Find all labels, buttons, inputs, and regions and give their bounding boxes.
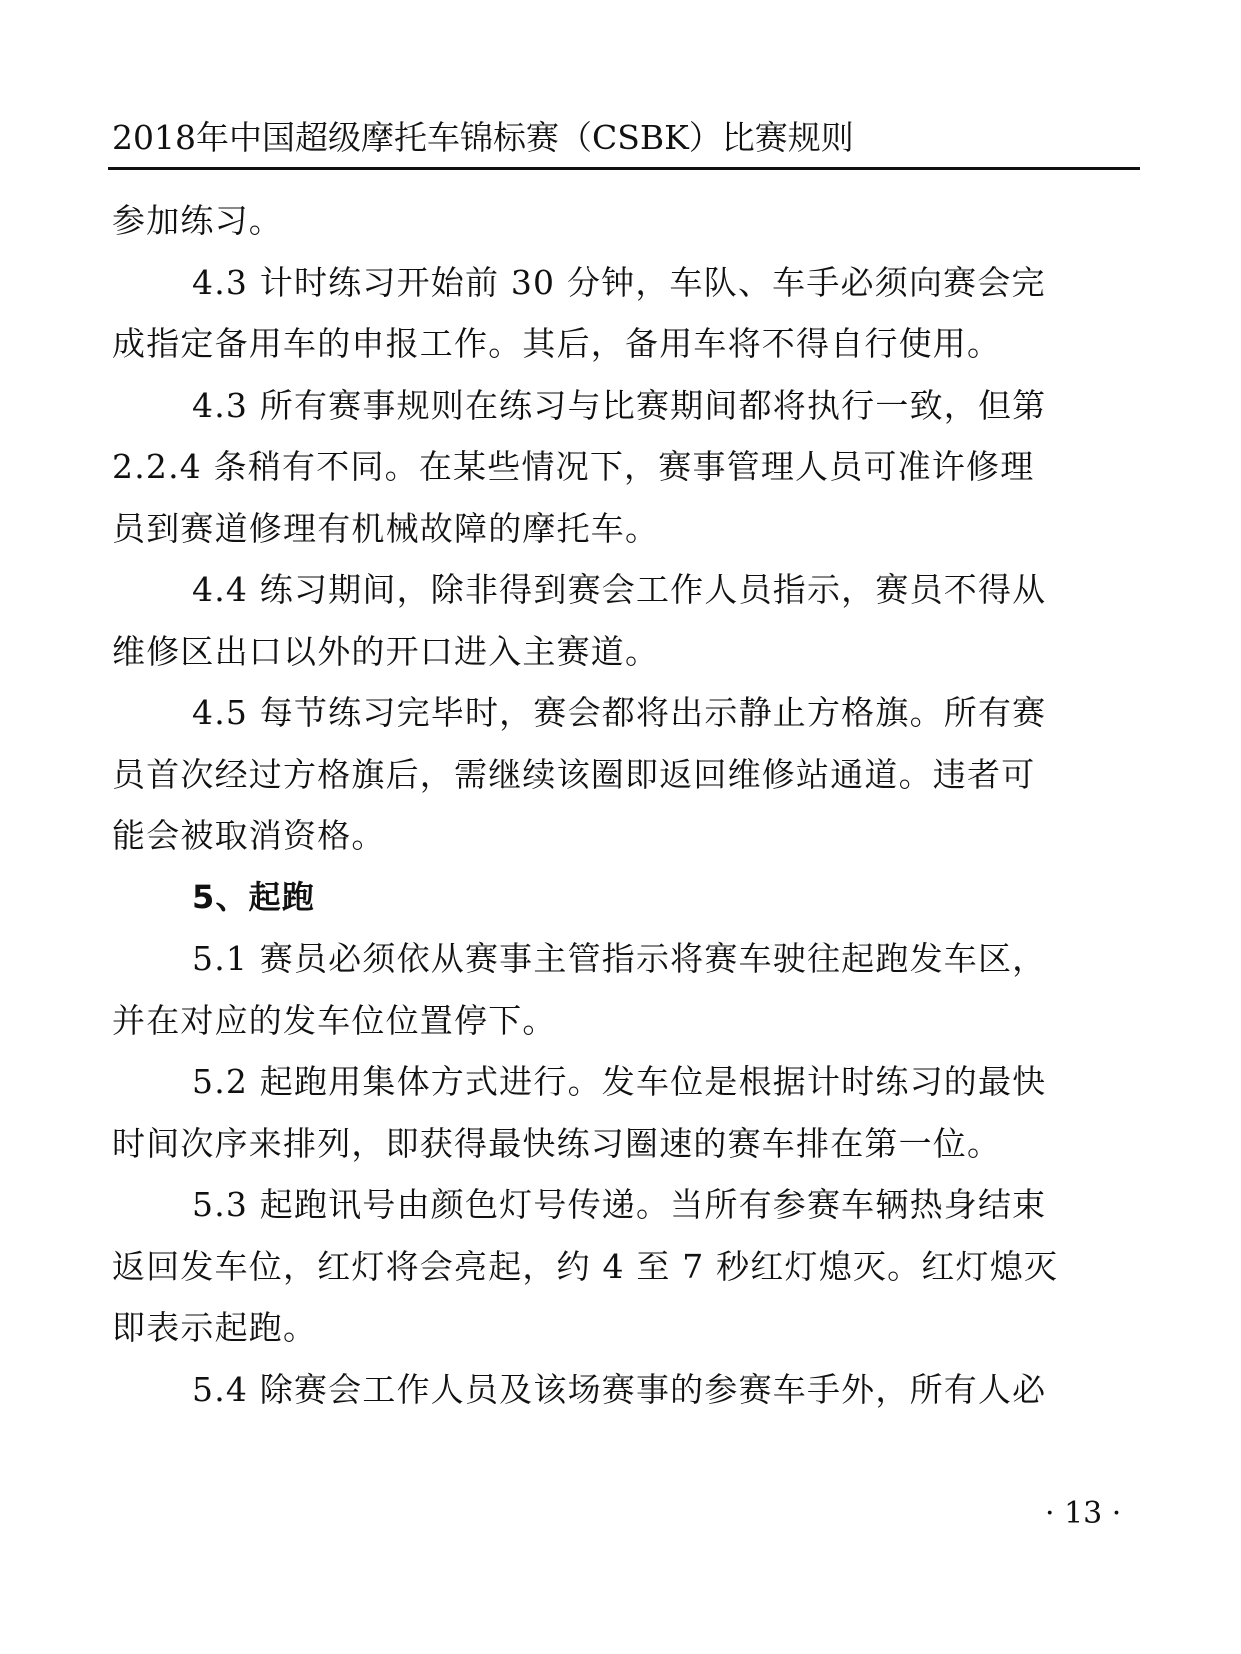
clause-5-1: 5.1 赛员必须依从赛事主管指示将赛车驶往起跑发车区， xyxy=(112,928,1142,990)
clause-4-3-a: 4.3 计时练习开始前 30 分钟，车队、车手必须向赛会完 xyxy=(112,252,1142,314)
clause-5-2: 5.2 起跑用集体方式进行。发车位是根据计时练习的最快 xyxy=(112,1051,1142,1113)
clause-4-5: 4.5 每节练习完毕时，赛会都将出示静止方格旗。所有赛 xyxy=(112,682,1142,744)
clause-5-3-cont: 返回发车位，红灯将会亮起，约 4 至 7 秒红灯熄灭。红灯熄灭 xyxy=(112,1236,1142,1298)
document-body: 参加练习。 4.3 计时练习开始前 30 分钟，车队、车手必须向赛会完 成指定备… xyxy=(112,190,1142,1420)
clause-4-3-b-cont: 2.2.4 条稍有不同。在某些情况下，赛事管理人员可准许修理 xyxy=(112,436,1142,498)
clause-4-3-b: 4.3 所有赛事规则在练习与比赛期间都将执行一致，但第 xyxy=(112,375,1142,437)
running-header-title: 2018年中国超级摩托车锦标赛（CSBK）比赛规则 xyxy=(112,112,854,164)
clause-5-1-cont: 并在对应的发车位位置停下。 xyxy=(112,990,1142,1052)
clause-5-3: 5.3 起跑讯号由颜色灯号传递。当所有参赛车辆热身结束 xyxy=(112,1174,1142,1236)
clause-4-3-a-cont: 成指定备用车的申报工作。其后，备用车将不得自行使用。 xyxy=(112,313,1142,375)
clause-5-4: 5.4 除赛会工作人员及该场赛事的参赛车手外，所有人必 xyxy=(112,1359,1142,1421)
paragraph-continuation: 参加练习。 xyxy=(112,190,1142,252)
page-number: · 13 · xyxy=(1045,1496,1121,1531)
clause-4-3-b-cont2: 员到赛道修理有机械故障的摩托车。 xyxy=(112,498,1142,560)
clause-4-5-cont2: 能会被取消资格。 xyxy=(112,805,1142,867)
clause-5-2-cont: 时间次序来排列，即获得最快练习圈速的赛车排在第一位。 xyxy=(112,1113,1142,1175)
section-heading-start: 5、起跑 xyxy=(112,867,1142,929)
clause-4-4: 4.4 练习期间，除非得到赛会工作人员指示，赛员不得从 xyxy=(112,559,1142,621)
clause-5-3-cont2: 即表示起跑。 xyxy=(112,1297,1142,1359)
clause-4-5-cont: 员首次经过方格旗后，需继续该圈即返回维修站通道。违者可 xyxy=(112,744,1142,806)
header-divider xyxy=(108,167,1140,170)
clause-4-4-cont: 维修区出口以外的开口进入主赛道。 xyxy=(112,621,1142,683)
